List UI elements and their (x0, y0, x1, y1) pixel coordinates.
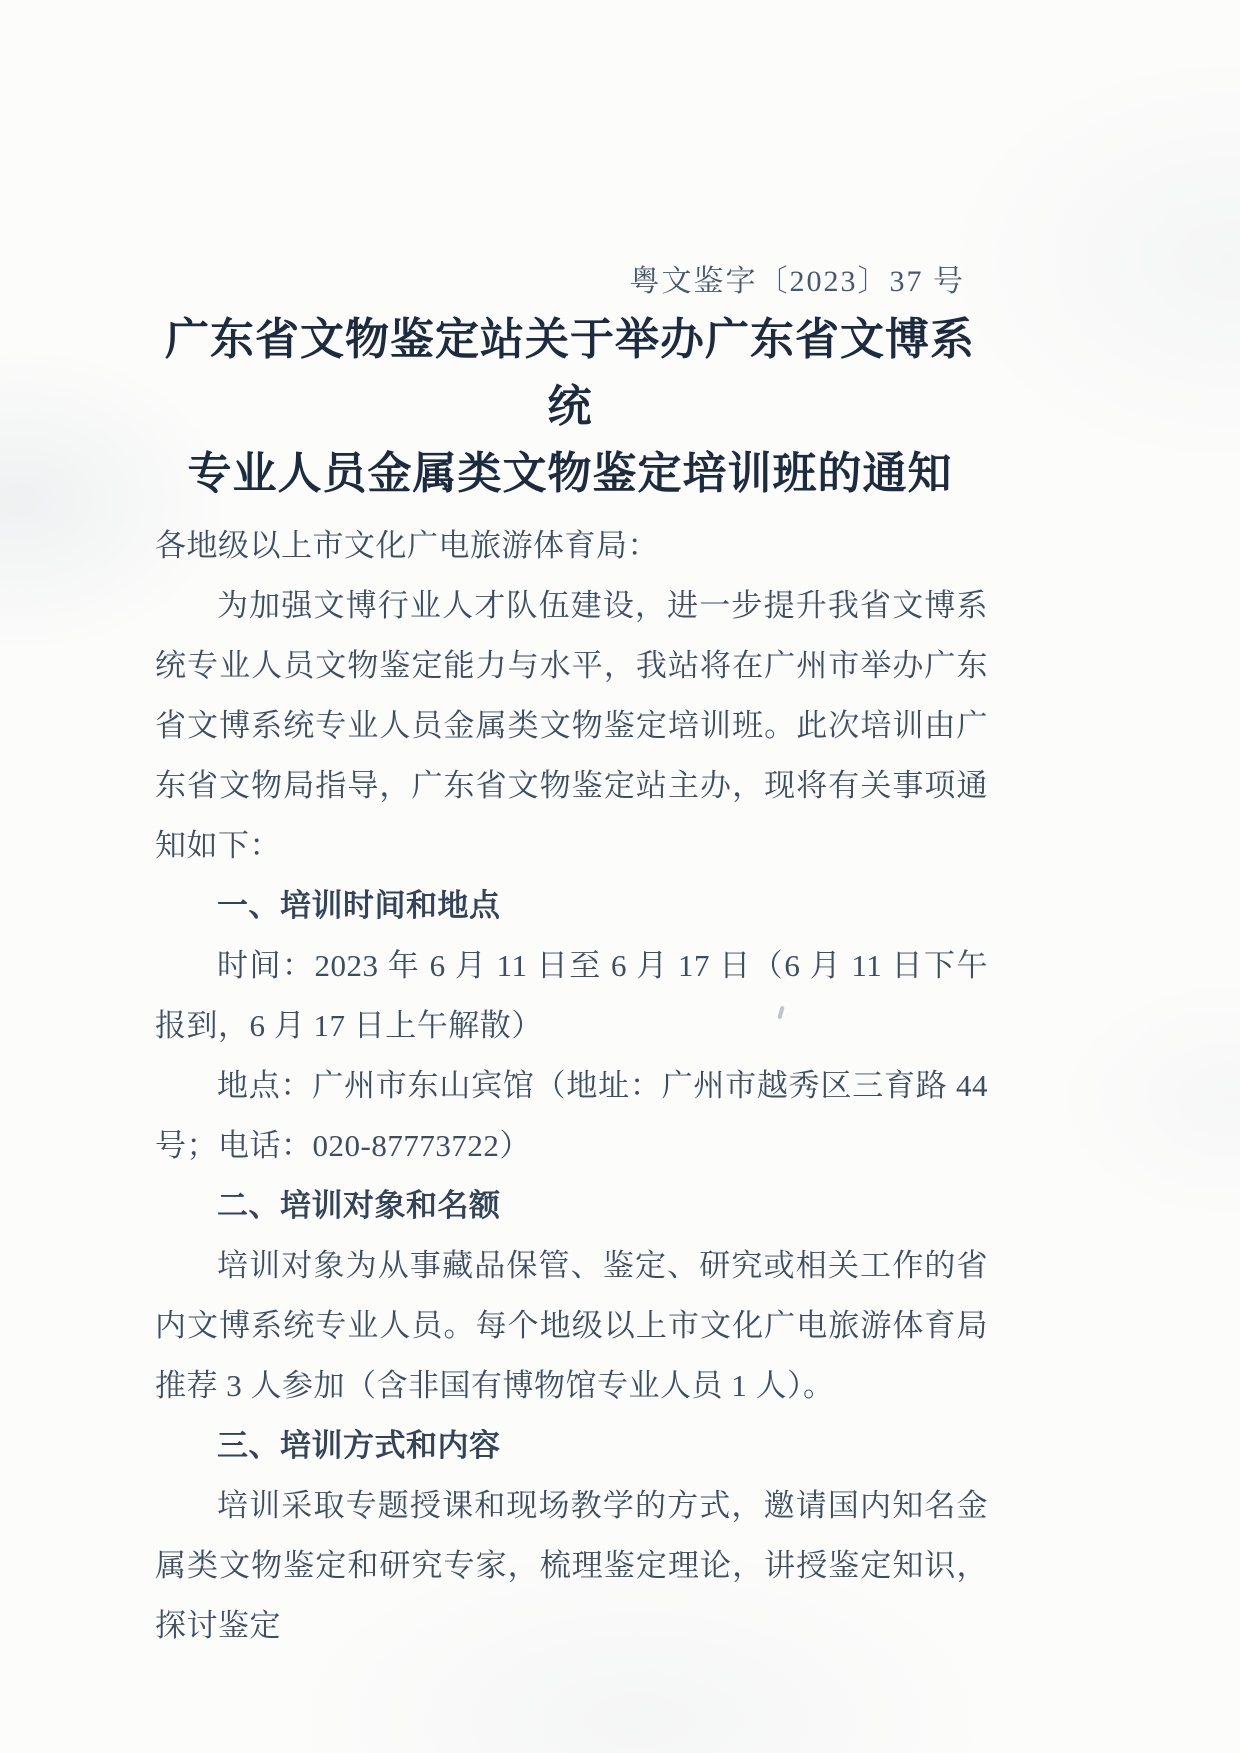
document-title-line-2: 专业人员金属类文物鉴定培训班的通知 (150, 440, 990, 507)
section-2-paragraph-1: 培训对象为从事藏品保管、鉴定、研究或相关工作的省内文博系统专业人员。每个地级以上… (155, 1236, 988, 1416)
section-2-heading: 二、培训对象和名额 (155, 1176, 988, 1236)
intro-paragraph: 为加强文博行业人才队伍建设，进一步提升我省文博系统专业人员文物鉴定能力与水平，我… (155, 576, 988, 876)
salutation: 各地级以上市文化广电旅游体育局： (155, 516, 988, 576)
section-3-paragraph-1: 培训采取专题授课和现场教学的方式，邀请国内知名金属类文物鉴定和研究专家，梳理鉴定… (155, 1476, 988, 1656)
document-body: 各地级以上市文化广电旅游体育局： 为加强文博行业人才队伍建设，进一步提升我省文博… (155, 516, 988, 1656)
document-title: 广东省文物鉴定站关于举办广东省文博系统 专业人员金属类文物鉴定培训班的通知 (150, 306, 990, 507)
document-number: 粤文鉴字〔2023〕37 号 (630, 256, 966, 300)
section-1-paragraph-2: 地点：广州市东山宾馆（地址：广州市越秀区三育路 44 号；电话：020-8777… (155, 1056, 988, 1176)
section-3-heading: 三、培训方式和内容 (155, 1416, 988, 1476)
notice-page: 粤文鉴字〔2023〕37 号 广东省文物鉴定站关于举办广东省文博系统 专业人员金… (0, 0, 1240, 1753)
document-title-line-1: 广东省文物鉴定站关于举办广东省文博系统 (150, 306, 990, 440)
section-1-heading: 一、培训时间和地点 (155, 876, 988, 936)
section-1-paragraph-1: 时间：2023 年 6 月 11 日至 6 月 17 日（6 月 11 日下午报… (155, 936, 988, 1056)
